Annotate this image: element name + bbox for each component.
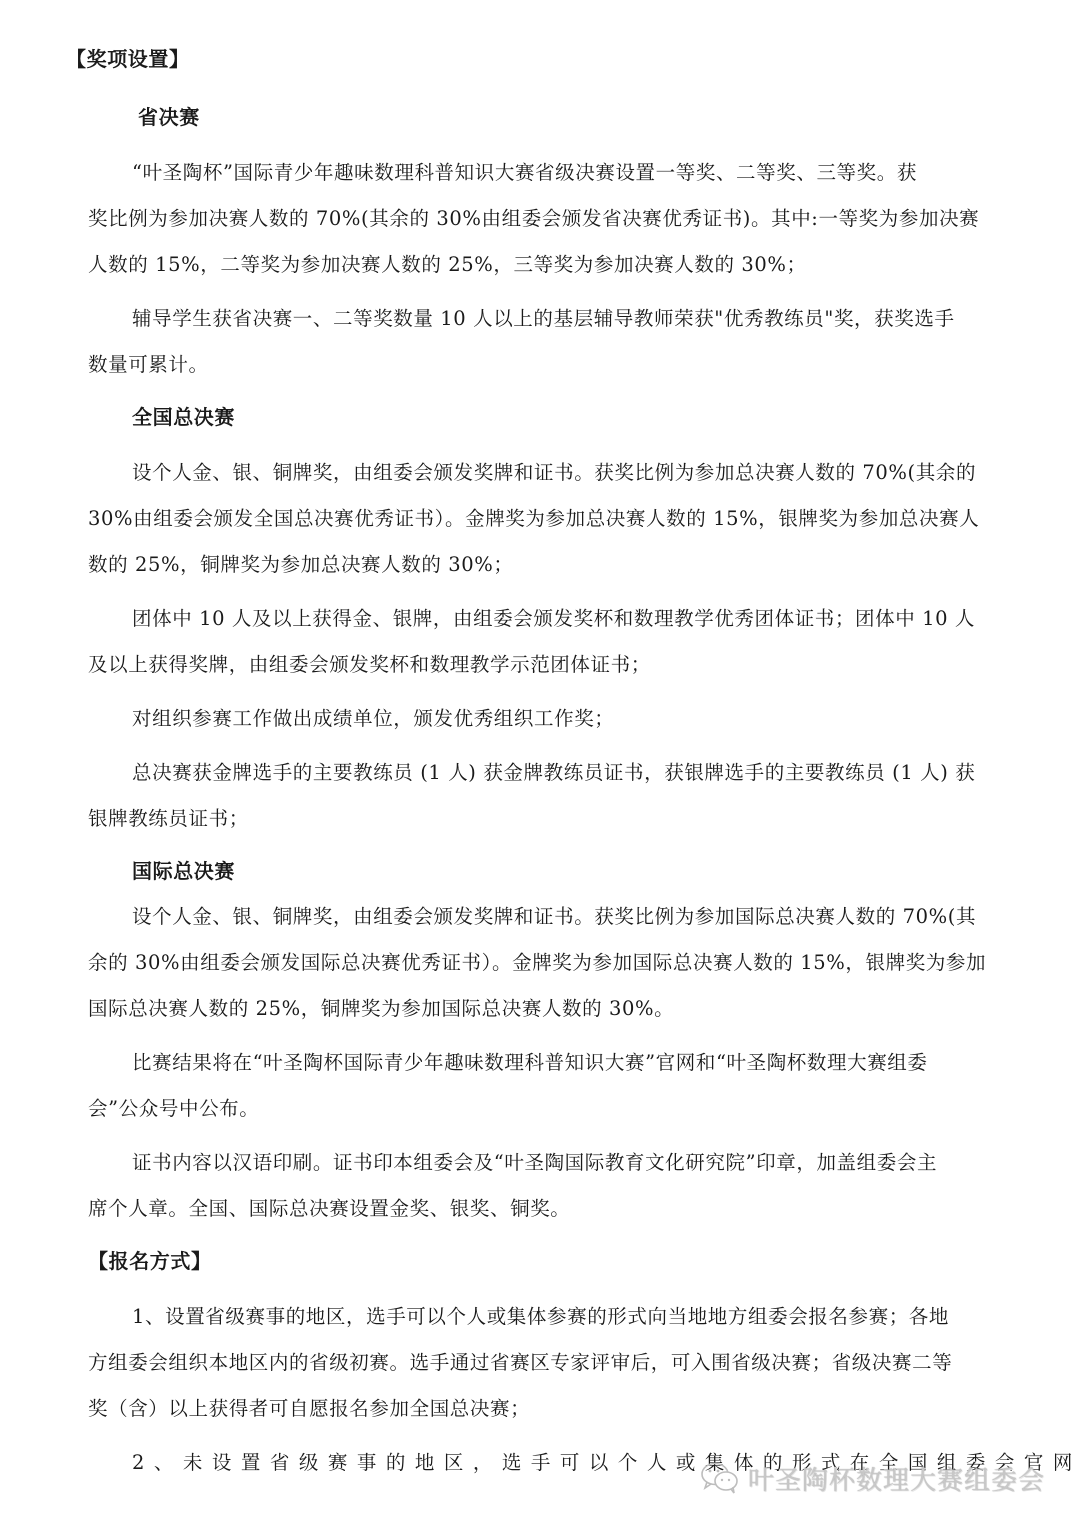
document-page: 【奖项设置】 省决赛 “叶圣陶杯”国际青少年趣味数理科普知识大赛省级决赛设置一等…	[0, 0, 1080, 1526]
registration-item1-line2: 方组委会组织本地区内的省级初赛。选手通过省赛区专家评审后，可入围省级决赛；省级决…	[88, 1350, 952, 1376]
subsection-title-national: 全国总决赛	[132, 404, 235, 430]
national-para1-line2: 30%由组委会颁发全国总决赛优秀证书）。金牌奖为参加总决赛人数的 15%，银牌奖…	[88, 506, 979, 532]
international-para1-line2: 余的 30%由组委会颁发国际总决赛优秀证书）。金牌奖为参加国际总决赛人数的 15…	[88, 950, 986, 976]
provincial-para2-line1: 辅导学生获省决赛一、二等奖数量 10 人以上的基层辅导教师荣获"优秀教练员"奖，…	[132, 306, 955, 332]
subsection-title-provincial: 省决赛	[138, 104, 200, 130]
national-para1-line1: 设个人金、银、铜牌奖，由组委会颁发奖牌和证书。获奖比例为参加总决赛人数的 70%…	[132, 460, 976, 486]
provincial-para1-line2: 奖比例为参加决赛人数的 70%(其余的 30%由组委会颁发省决赛优秀证书)。其中…	[88, 206, 979, 232]
provincial-para1-line1: “叶圣陶杯”国际青少年趣味数理科普知识大赛省级决赛设置一等奖、二等奖、三等奖。获	[132, 160, 917, 186]
section-title-registration: 【报名方式】	[88, 1248, 212, 1274]
international-para1-line3: 国际总决赛人数的 25%，铜牌奖为参加国际总决赛人数的 30%。	[88, 996, 674, 1022]
national-para3-line1: 对组织参赛工作做出成绩单位，颁发优秀组织工作奖；	[132, 706, 614, 732]
certificates-para-line1: 证书内容以汉语印刷。证书印本组委会及“叶圣陶国际教育文化研究院”印章，加盖组委会…	[132, 1150, 937, 1176]
international-para1-line1: 设个人金、银、铜牌奖，由组委会颁发奖牌和证书。获奖比例为参加国际总决赛人数的 7…	[132, 904, 976, 930]
provincial-para1-line3: 人数的 15%，二等奖为参加决赛人数的 25%，三等奖为参加决赛人数的 30%；	[88, 252, 807, 278]
registration-item1-line3: 奖（含）以上获得者可自愿报名参加全国总决赛；	[88, 1396, 530, 1422]
results-para-line1: 比赛结果将在“叶圣陶杯国际青少年趣味数理科普知识大赛”官网和“叶圣陶杯数理大赛组…	[132, 1050, 928, 1076]
national-para4-line2: 银牌教练员证书；	[88, 806, 249, 832]
certificates-para-line2: 席个人章。全国、国际总决赛设置金奖、银奖、铜奖。	[88, 1196, 570, 1222]
provincial-para2-line2: 数量可累计。	[88, 352, 209, 378]
watermark-text: 叶圣陶杯数理大赛组委会	[748, 1460, 1045, 1497]
wechat-icon	[700, 1461, 740, 1495]
national-para4-line1: 总决赛获金牌选手的主要教练员 (1 人) 获金牌教练员证书，获银牌选手的主要教练…	[132, 760, 975, 786]
results-para-line2: 会”公众号中公布。	[88, 1096, 259, 1122]
subsection-title-international: 国际总决赛	[132, 858, 235, 884]
national-para1-line3: 数的 25%，铜牌奖为参加总决赛人数的 30%；	[88, 552, 513, 578]
national-para2-line2: 及以上获得奖牌，由组委会颁发奖杯和数理教学示范团体证书；	[88, 652, 651, 678]
registration-item1-line1: 1、设置省级赛事的地区，选手可以个人或集体参赛的形式向当地地方组委会报名参赛；各…	[132, 1304, 949, 1330]
wechat-watermark: 叶圣陶杯数理大赛组委会	[700, 1458, 1045, 1498]
national-para2-line1: 团体中 10 人及以上获得金、银牌，由组委会颁发奖杯和数理教学优秀团体证书；团体…	[132, 606, 975, 632]
section-title-awards: 【奖项设置】	[66, 46, 190, 72]
